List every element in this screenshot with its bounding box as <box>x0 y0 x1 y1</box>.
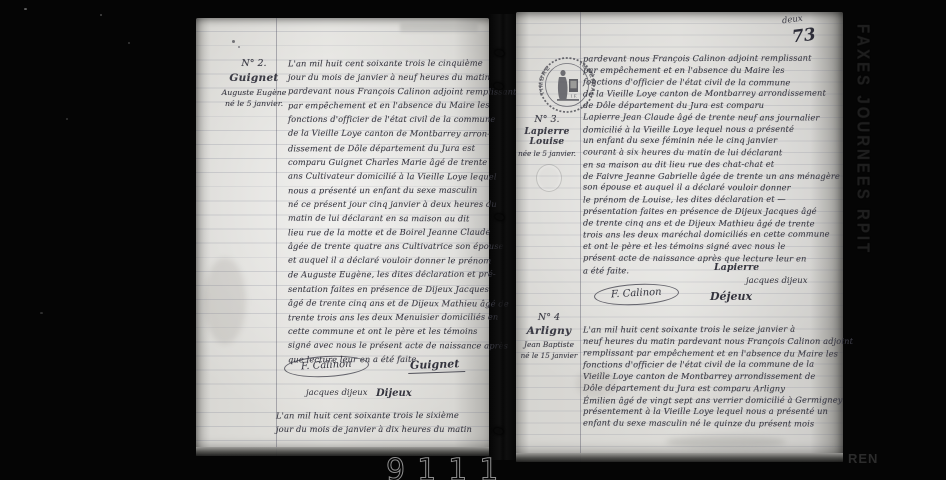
margin-note-act-4: N° 4 Arligny Jean Baptiste né le 15 janv… <box>518 312 580 360</box>
handwritten-line: L'an mil huit cent soixante trois le cin… <box>288 56 486 71</box>
page-bottom-edge <box>516 453 843 462</box>
handwritten-line: présentation faites en présence de Dijeu… <box>583 206 838 218</box>
act-surname: Guignet <box>210 72 298 84</box>
handwritten-line: comparu Guignet Charles Marie âgé de tre… <box>288 155 486 169</box>
act-surname: Arligny <box>518 325 580 337</box>
handwritten-line: domicilié à la Vieille Loye lequel nous … <box>583 123 838 136</box>
act-number: N° 4 <box>518 312 580 323</box>
allegorical-figure-icon: 1 F. <box>557 70 579 101</box>
register-right-page: deux 73 TIMBRE IMPÉRIAL <box>516 12 843 462</box>
handwritten-line: L'an mil huit cent soixante trois le sei… <box>583 324 838 337</box>
act-firstnames: Auguste Eugène <box>210 88 298 97</box>
ink-speck <box>238 46 240 48</box>
handwritten-line: neuf heures du matin pardevant nous Fran… <box>583 336 838 348</box>
handwritten-line: sentation faites en présence de Dijeux J… <box>288 282 486 296</box>
handwritten-line: présentement à la Vieille Loye lequel no… <box>583 406 838 418</box>
faint-ink-smudge <box>400 23 478 32</box>
handwritten-line: et auquel il a déclaré vouloir donner le… <box>288 253 486 268</box>
stamp-value-text: 1 F. <box>570 93 577 98</box>
film-frame-counter: 9111 <box>386 453 510 480</box>
handwritten-line: cette commune et ont le père et les témo… <box>288 324 486 338</box>
witness1-signature: jacques dijeux <box>306 388 368 398</box>
handwritten-line: en sa maison au dit lieu rue des chat-ch… <box>583 158 838 171</box>
handwritten-line: a été faite. <box>583 264 838 277</box>
handwritten-line: lieu rue de la motte et de Boirel Jeanne… <box>288 225 486 240</box>
handwritten-line: jour du mois de janvier à neuf heures du… <box>288 70 486 84</box>
handwritten-line: et ont le père et les témoins signé avec… <box>583 241 838 253</box>
officer-signature-text: F. Calinon <box>301 359 352 373</box>
ink-speck <box>232 40 235 43</box>
handwritten-line: ans Cultivateur domicilié à la Vieille L… <box>288 168 486 183</box>
binding-stitch <box>494 49 504 57</box>
binding-gutter <box>489 14 517 460</box>
handwritten-line: signé avec nous le présent acte de naiss… <box>288 337 486 352</box>
handwritten-line: Dôle département du Jura est comparu Arl… <box>583 382 838 395</box>
witness2-signature: Dijeux <box>376 388 412 399</box>
handwritten-line: pardevant nous François Calinon adjoint … <box>583 53 838 66</box>
film-speck <box>66 118 68 120</box>
officer-signature: F. Calinon <box>284 356 369 377</box>
corner-word: deux <box>781 14 803 27</box>
handwritten-line: de Auguste Eugène, les dites déclaration… <box>288 267 486 282</box>
act-firstnames: Jean Baptiste <box>518 340 580 349</box>
act-4-body-text: L'an mil huit cent soixante trois le sei… <box>583 324 838 430</box>
margin-note-act-2: N° 2. Guignet Auguste Eugène né le 5 jan… <box>210 58 298 108</box>
act-birthdate: né le 5 janvier. <box>210 99 298 108</box>
binding-stitch <box>493 427 503 435</box>
paper-stain <box>576 368 616 398</box>
handwritten-line: Vieille Loye canton de Montbarrey arrond… <box>583 371 838 383</box>
handwritten-line: nous a présenté un enfant du sexe mascul… <box>288 182 486 197</box>
film-speck <box>40 312 43 314</box>
father-signature-text: Guignet <box>408 357 466 374</box>
paper-stain <box>204 258 246 344</box>
officer-signature-text: F. Calinon <box>611 287 662 301</box>
handwritten-line: un enfant du sexe féminin née le cinq ja… <box>583 135 838 147</box>
paper-stain <box>666 436 786 448</box>
embossed-seal-ring <box>536 164 562 192</box>
witness1-signature: jacques dijeux <box>746 276 808 286</box>
handwritten-line: de Dôle département du Jura est comparu <box>583 100 838 112</box>
handwritten-line: de la Vieille Loye canton de Montbarrey … <box>583 88 838 101</box>
act-name: Lapierre Louise <box>516 127 578 147</box>
film-speck <box>100 14 102 16</box>
handwritten-line: âgée de trente quatre ans Cultivatrice s… <box>288 239 486 253</box>
handwritten-line: âgé de trente cinq ans et de Dijeux Math… <box>288 295 486 310</box>
act-number: N° 2. <box>210 58 298 69</box>
handwritten-line: Lapierre Jean Claude âgé de trente neuf … <box>583 111 838 124</box>
margin-note-act-3: N° 3. Lapierre Louise née le 5 janvier. <box>516 114 578 158</box>
handwritten-line: fonctions d'officier de l'état civil de … <box>583 359 838 372</box>
handwritten-line: son épouse et auquel il a déclaré vouloi… <box>583 182 838 195</box>
handwritten-line: trente trois ans les deux Menuisier domi… <box>288 309 486 324</box>
handwritten-line: le prénom de Louise, les dites déclarati… <box>583 194 838 207</box>
handwritten-line: trois ans les deux maréchal domiciliés e… <box>583 229 838 242</box>
handwritten-line: Émilien âgé de vingt sept ans verrier do… <box>583 394 838 407</box>
father-signature: Guignet <box>408 358 465 373</box>
binding-stitch <box>493 82 503 90</box>
handwritten-line: courant à six heures du matin de lui déc… <box>583 146 838 159</box>
handwritten-line: matin de lui déclarant en sa maison au d… <box>288 211 486 226</box>
signature-flourish-oval: F. Calinon <box>594 282 680 307</box>
act-2-body-text: L'an mil huit cent soixante trois le cin… <box>288 56 486 366</box>
film-speck <box>128 42 130 44</box>
binding-stitch <box>494 213 504 221</box>
film-speck <box>24 8 27 10</box>
signature-flourish-oval: F. Calinon <box>284 354 370 379</box>
act-3-body-text: pardevant nous François Calinon adjoint … <box>583 53 838 276</box>
father-signature: Lapierre <box>714 262 759 273</box>
film-edge-vertical-text: FAXES JOURNEES RPIT <box>853 24 873 424</box>
act-number: N° 3. <box>516 114 578 125</box>
act-birthdate: née le 5 janvier. <box>516 149 578 158</box>
register-left-page: N° 2. Guignet Auguste Eugène né le 5 jan… <box>196 18 489 456</box>
act-birthdate: né le 15 janvier <box>518 351 580 360</box>
handwritten-line: né ce présent jour cinq janvier à deux h… <box>288 197 486 211</box>
film-edge-text-bottom: REN <box>848 451 878 466</box>
witness2-signature: Déjeux <box>710 290 752 303</box>
handwritten-line: dissement de Dôle département du Jura es… <box>288 140 486 155</box>
handwritten-line: par empêchement et en l'absence du Maire… <box>288 98 486 113</box>
handwritten-line: par empêchement et en l'absence du Maire… <box>583 65 838 77</box>
handwritten-line: de la Vieille Loye canton de Montbarrey … <box>288 126 486 141</box>
folio-page-number: 73 <box>791 25 817 48</box>
handwritten-line: pardevant nous François Calinon adjoint … <box>288 84 486 99</box>
handwritten-line: fonctions d'officier de l'état civil de … <box>288 112 486 126</box>
handwritten-line: enfant du sexe masculin né le quinze du … <box>583 417 838 430</box>
handwritten-line: de Faivre Jeanne Gabrielle âgée de trent… <box>583 171 838 183</box>
microfilm-frame: N° 2. Guignet Auguste Eugène né le 5 jan… <box>0 0 946 480</box>
handwritten-line: présent acte de naissance après que lect… <box>583 252 838 265</box>
officer-signature: F. Calinon <box>594 284 679 305</box>
